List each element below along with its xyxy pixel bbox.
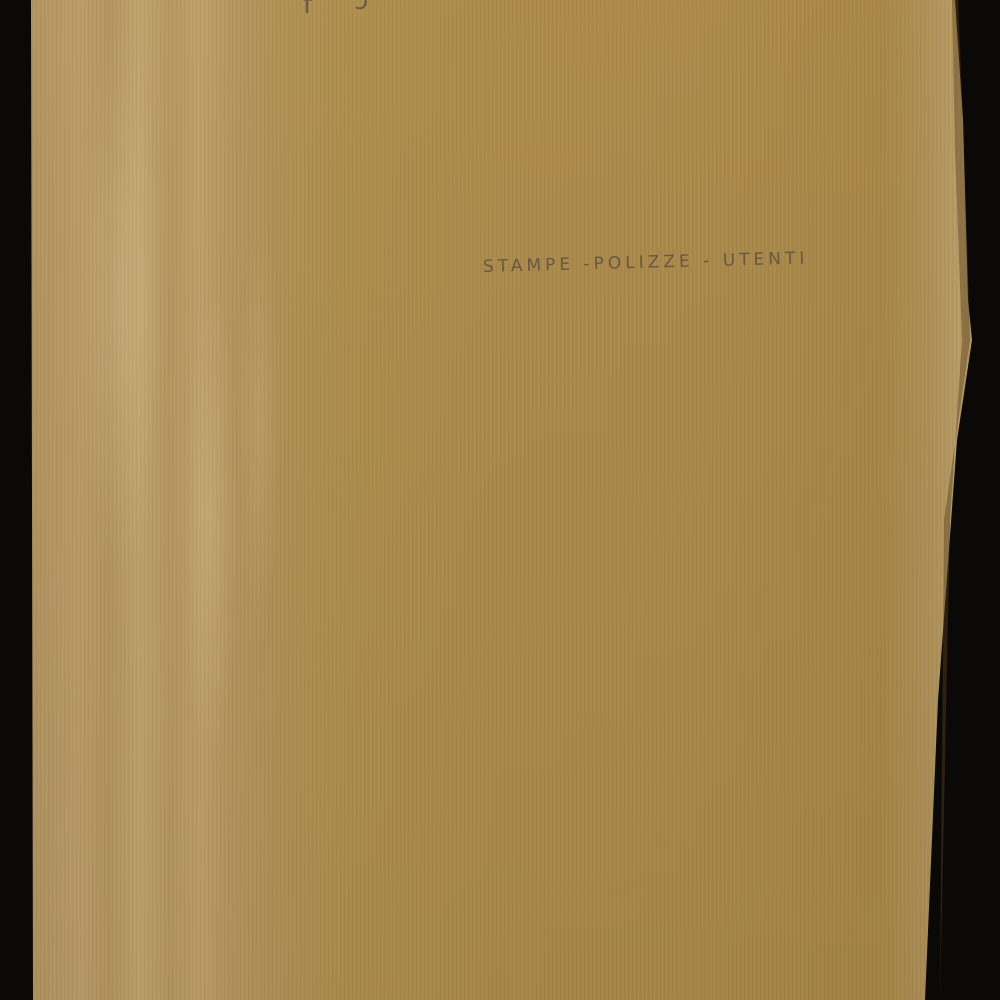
scan-background: f ↄ STAMPE -POLIZZE - UTENTI: [0, 0, 1000, 1000]
top-handwritten-mark: ↄ: [354, 0, 371, 16]
kraft-folder-cover: [0, 0, 1000, 1000]
top-handwritten-mark: f: [303, 0, 315, 20]
